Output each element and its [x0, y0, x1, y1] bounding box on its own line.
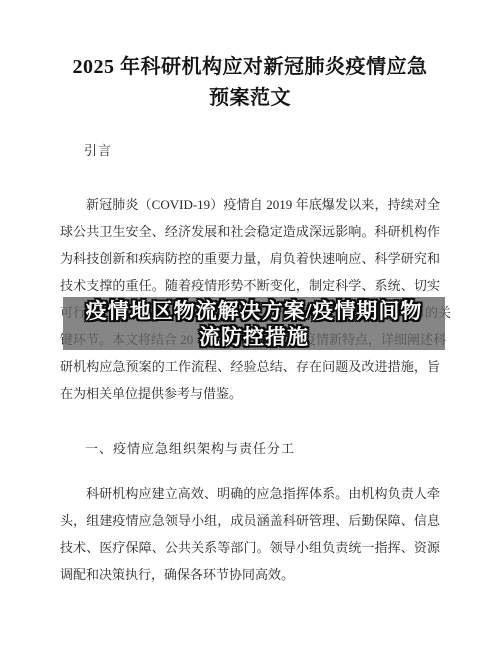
- paragraph1-line1: 新冠肺炎（COVID-19）疫情自 2019 年底爆发以来，持续对全: [60, 191, 440, 218]
- document-title: 2025 年科研机构应对新冠肺炎疫情应急 预案范文: [55, 52, 445, 114]
- paragraph1-line7: 研机构应急预案的工作流程、经验总结、存在问题及改进措施，旨: [60, 353, 440, 380]
- paragraph1-line8: 在为相关单位提供参考与借鉴。: [60, 380, 440, 407]
- paragraph1-line3: 为科技创新和疾病防控的重要力量，肩负着快速响应、科学研究和: [60, 245, 440, 272]
- paragraph2-line1: 科研机构应建立高效、明确的应急指挥体系。由机构负责人牵: [60, 480, 440, 507]
- paragraph1-line2: 球公共卫生安全、经济发展和社会稳定造成深远影响。科研机构作: [60, 218, 440, 245]
- paragraph2-line4: 调配和决策执行，确保各环节协同高效。: [60, 561, 440, 588]
- document-page: 2025 年科研机构应对新冠肺炎疫情应急 预案范文 引言 新冠肺炎（COVID-…: [0, 0, 500, 647]
- intro-heading: 引言: [84, 137, 112, 164]
- watermark-text: 疫情地区物流解决方案/疫情期间物 流防控措施: [63, 296, 445, 351]
- watermark-text-line1: 疫情地区物流解决方案/疫情期间物: [86, 298, 423, 324]
- section1-heading: 一、疫情应急组织架构与责任分工: [85, 435, 295, 462]
- document-title-line1: 2025 年科研机构应对新冠肺炎疫情应急: [55, 52, 445, 83]
- document-title-line2: 预案范文: [55, 83, 445, 114]
- paragraph2-line2: 头，组建疫情应急领导小组，成员涵盖科研管理、后勤保障、信息: [60, 507, 440, 534]
- watermark-text-line2: 流防控措施: [199, 324, 309, 350]
- paragraph2-line3: 技术、医疗保障、公共关系等部门。领导小组负责统一指挥、资源: [60, 534, 440, 561]
- paragraph1-line4: 技术支撑的重任。随着疫情形势不断变化，制定科学、系统、切实: [60, 272, 440, 299]
